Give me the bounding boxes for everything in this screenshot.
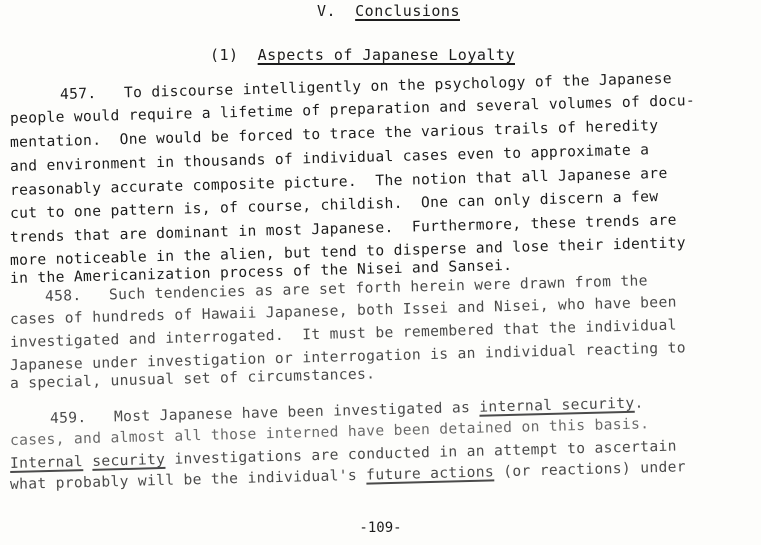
paragraph-number: 459. [50, 409, 87, 427]
section-title: Conclusions [355, 2, 460, 20]
section-numeral: V. [317, 2, 336, 20]
subsection-number: (1) [210, 46, 239, 64]
subsection-title: Aspects of Japanese Loyalty [258, 46, 515, 64]
paragraph-number: 458. [45, 287, 82, 305]
subsection-heading: (1) Aspects of Japanese Loyalty [0, 46, 743, 64]
paragraph-number: 457. [60, 85, 97, 103]
page-number: -109- [0, 520, 761, 536]
section-heading: V. Conclusions [8, 2, 761, 20]
document-page: V. Conclusions (1) Aspects of Japanese L… [0, 0, 761, 545]
